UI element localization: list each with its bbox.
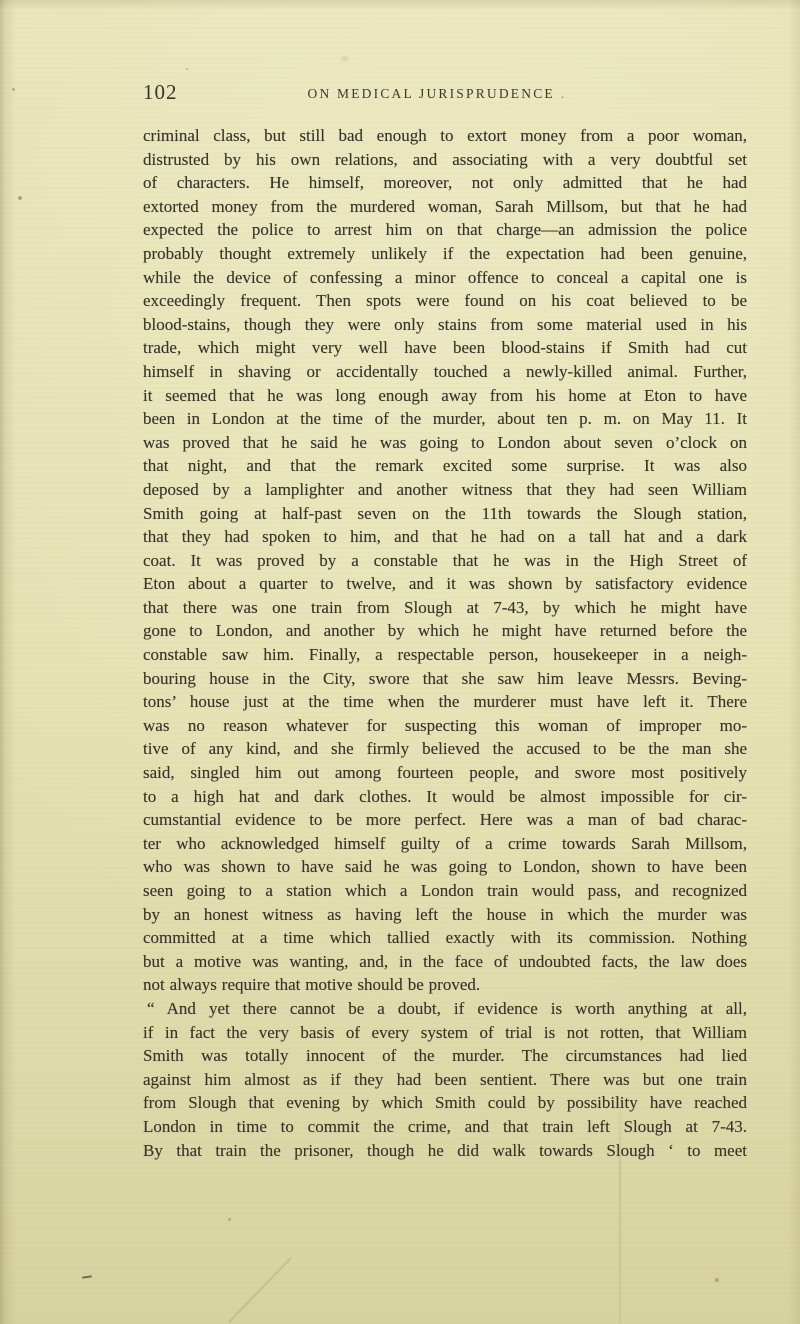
paper-stain (342, 56, 348, 61)
paper-mark (82, 1275, 92, 1278)
text-line: tons’ house just at the time when the mu… (143, 690, 747, 714)
body-text: criminal class, but still bad enough to … (143, 124, 747, 1162)
paragraph-quote: “ And yet there cannot be a doubt, if ev… (143, 997, 747, 1162)
book-page: 102 ON MEDICAL JURISPRUDENCE. criminal c… (0, 0, 800, 1324)
text-line: gone to London, and another by which he … (143, 619, 747, 643)
paper-stain (186, 68, 188, 70)
paragraph-continued: criminal class, but still bad enough to … (143, 124, 747, 997)
text-line: extorted money from the murdered woman, … (143, 195, 747, 219)
text-line: Smith going at half-past seven on the 11… (143, 502, 747, 526)
text-line: cumstantial evidence to be more perfect.… (143, 808, 747, 832)
text-line: was no reason whatever for suspecting th… (143, 714, 747, 738)
text-line: exceedingly frequent. Then spots were fo… (143, 289, 747, 313)
text-line: ter who acknowledged himself guilty of a… (143, 832, 747, 856)
text-line: against him almost as if they had been s… (143, 1068, 747, 1092)
paper-stain (715, 1278, 719, 1282)
text-line: who was shown to have said he was going … (143, 855, 747, 879)
text-line: to a high hat and dark clothes. It would… (143, 785, 747, 809)
paper-stain (12, 88, 15, 91)
page-header: 102 ON MEDICAL JURISPRUDENCE. (135, 80, 739, 108)
text-line: expected the police to arrest him on tha… (143, 218, 747, 242)
text-line: while the device of confessing a minor o… (143, 266, 747, 290)
text-line: By that train the prisoner, though he di… (143, 1139, 747, 1163)
text-line: said, singled him out among fourteen peo… (143, 761, 747, 785)
running-title-text: ON MEDICAL JURISPRUDENCE (308, 86, 555, 101)
text-line: criminal class, but still bad enough to … (143, 124, 747, 148)
text-line: it seemed that he was long enough away f… (143, 384, 747, 408)
text-line: committed at a time which tallied exactl… (143, 926, 747, 950)
text-line: deposed by a lamplighter and another wit… (143, 478, 747, 502)
text-line: that night, and that the remark excited … (143, 454, 747, 478)
text-line: “ And yet there cannot be a doubt, if ev… (143, 997, 747, 1021)
paper-stain (228, 1218, 231, 1221)
text-line: Eton about a quarter to twelve, and it w… (143, 572, 747, 596)
running-title-period: . (561, 86, 567, 101)
text-line: been in London at the time of the murder… (143, 407, 747, 431)
text-line: bouring house in the City, swore that sh… (143, 667, 747, 691)
text-line: distrusted by his own relations, and ass… (143, 148, 747, 172)
text-line: was proved that he said he was going to … (143, 431, 747, 455)
paper-crease (619, 1095, 621, 1324)
text-line: blood-stains, though they were only stai… (143, 313, 747, 337)
text-line: of characters. He himself, moreover, not… (143, 171, 747, 195)
text-line: that there was one train from Slough at … (143, 596, 747, 620)
text-line: that they had spoken to him, and that he… (143, 525, 747, 549)
text-line: probably thought extremely unlikely if t… (143, 242, 747, 266)
text-line: trade, which might very well have been b… (143, 336, 747, 360)
text-line: but a motive was wanting, and, in the fa… (143, 950, 747, 974)
text-line: not always require that motive should be… (143, 973, 747, 997)
text-line: London in time to commit the crime, and … (143, 1115, 747, 1139)
text-line: seen going to a station which a London t… (143, 879, 747, 903)
text-line: himself in shaving or accidentally touch… (143, 360, 747, 384)
paper-stain (18, 196, 22, 200)
text-line: constable saw him. Finally, a respectabl… (143, 643, 747, 667)
text-line: if in fact the very basis of every syste… (143, 1021, 747, 1045)
running-title: ON MEDICAL JURISPRUDENCE. (135, 86, 739, 102)
text-line: by an honest witness as having left the … (143, 903, 747, 927)
text-line: Smith was totally innocent of the murder… (143, 1044, 747, 1068)
text-line: from Slough that evening by which Smith … (143, 1091, 747, 1115)
text-line: coat. It was proved by a constable that … (143, 549, 747, 573)
paper-crease (228, 1257, 292, 1323)
text-line: tive of any kind, and she firmly believe… (143, 737, 747, 761)
